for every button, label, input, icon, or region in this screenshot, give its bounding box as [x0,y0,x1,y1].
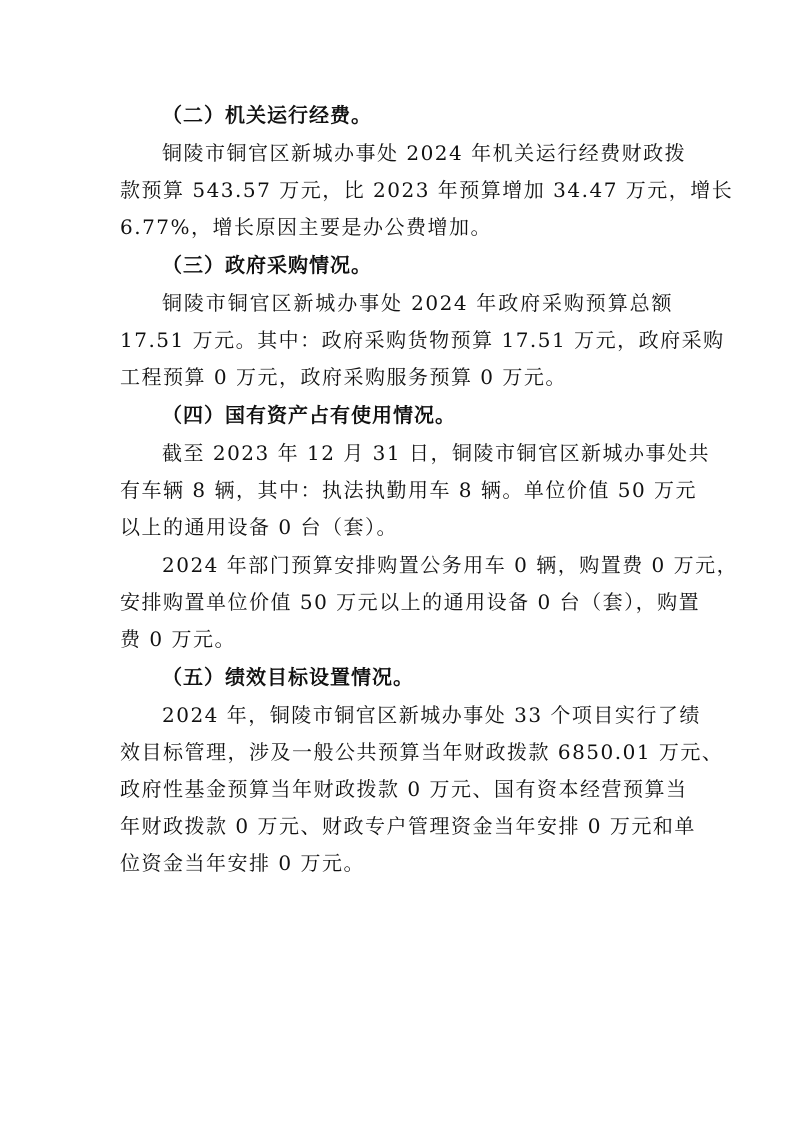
paragraph-line: 以上的通用设备 0 台（套）。 [120,509,673,546]
section-heading: （三）政府采购情况。 [120,247,673,284]
paragraph: 2024 年，铜陵市铜官区新城办事处 33 个项目实行了绩 效目标管理，涉及一般… [120,697,673,882]
paragraph-line: 位资金当年安排 0 万元。 [120,845,673,882]
paragraph-line: 安排购置单位价值 50 万元以上的通用设备 0 台（套），购置 [120,584,673,621]
section-operating-expenses: （二）机关运行经费。 铜陵市铜官区新城办事处 2024 年机关运行经费财政拨 款… [120,97,673,246]
paragraph: 铜陵市铜官区新城办事处 2024 年政府采购预算总额 17.51 万元。其中：政… [120,285,673,396]
paragraph-line: 17.51 万元。其中：政府采购货物预算 17.51 万元，政府采购 [120,322,673,359]
paragraph: 铜陵市铜官区新城办事处 2024 年机关运行经费财政拨 款预算 543.57 万… [120,135,673,246]
paragraph-line: 费 0 万元。 [120,621,673,658]
document-page: （二）机关运行经费。 铜陵市铜官区新城办事处 2024 年机关运行经费财政拨 款… [120,97,673,883]
paragraph-line: 2024 年，铜陵市铜官区新城办事处 33 个项目实行了绩 [120,697,673,734]
section-state-assets: （四）国有资产占有使用情况。 截至 2023 年 12 月 31 日，铜陵市铜官… [120,397,673,658]
paragraph-line: 铜陵市铜官区新城办事处 2024 年机关运行经费财政拨 [120,135,673,172]
paragraph-line: 政府性基金预算当年财政拨款 0 万元、国有资本经营预算当 [120,771,673,808]
paragraph-line: 工程预算 0 万元，政府采购服务预算 0 万元。 [120,359,673,396]
paragraph-line: 截至 2023 年 12 月 31 日，铜陵市铜官区新城办事处共 [120,435,673,472]
paragraph-line: 6.77%，增长原因主要是办公费增加。 [120,209,673,246]
paragraph-line: 款预算 543.57 万元，比 2023 年预算增加 34.47 万元，增长 [120,172,673,209]
section-government-procurement: （三）政府采购情况。 铜陵市铜官区新城办事处 2024 年政府采购预算总额 17… [120,247,673,396]
paragraph-line: 铜陵市铜官区新城办事处 2024 年政府采购预算总额 [120,285,673,322]
paragraph-line: 效目标管理，涉及一般公共预算当年财政拨款 6850.01 万元、 [120,734,673,771]
paragraph-line: 2024 年部门预算安排购置公务用车 0 辆，购置费 0 万元， [120,547,673,584]
paragraph-line: 年财政拨款 0 万元、财政专户管理资金当年安排 0 万元和单 [120,808,673,845]
section-heading: （四）国有资产占有使用情况。 [120,397,673,434]
paragraph: 截至 2023 年 12 月 31 日，铜陵市铜官区新城办事处共 有车辆 8 辆… [120,435,673,546]
section-heading: （五）绩效目标设置情况。 [120,659,673,696]
section-performance-targets: （五）绩效目标设置情况。 2024 年，铜陵市铜官区新城办事处 33 个项目实行… [120,659,673,882]
paragraph-line: 有车辆 8 辆，其中：执法执勤用车 8 辆。单位价值 50 万元 [120,472,673,509]
paragraph: 2024 年部门预算安排购置公务用车 0 辆，购置费 0 万元， 安排购置单位价… [120,547,673,658]
section-heading: （二）机关运行经费。 [120,97,673,134]
